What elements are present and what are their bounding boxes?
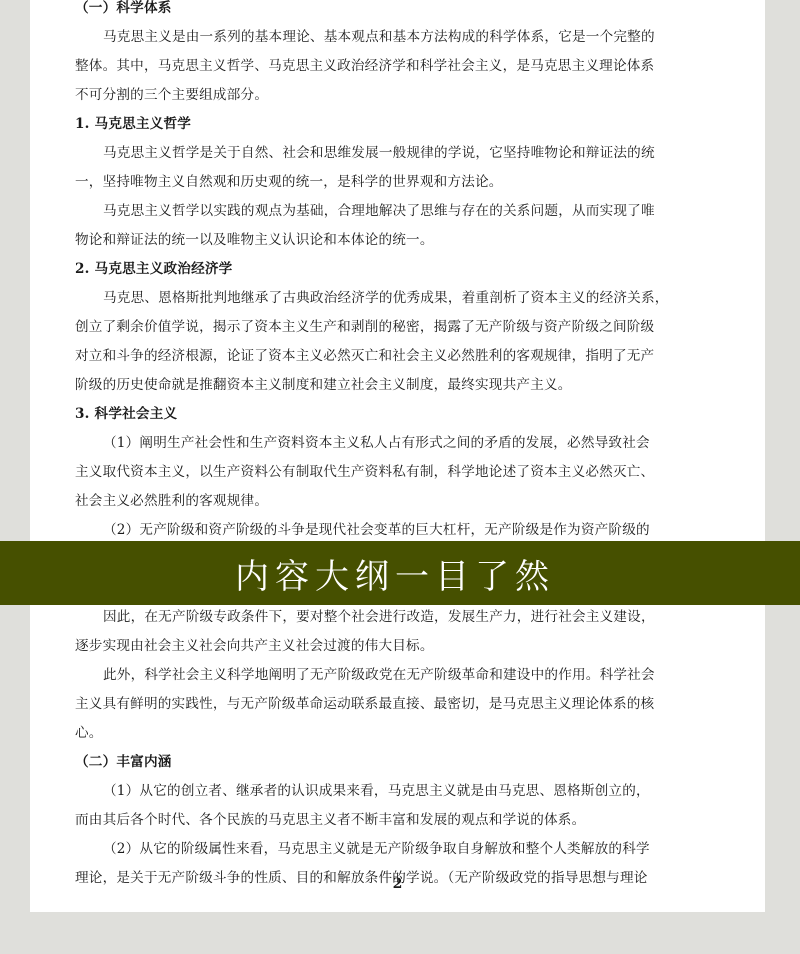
paragraph-line: 不可分割的三个主要组成部分。 [75,81,735,110]
subsection-heading: 1. 马克思主义哲学 [75,110,735,139]
paragraph-line: 马克思主义哲学以实践的观点为基础，合理地解决了思维与存在的关系问题，从而实现了唯 [75,197,735,226]
subsection-heading: 2. 马克思主义政治经济学 [75,255,735,284]
paragraph-line: 逐步实现由社会主义社会向共产主义社会过渡的伟大目标。 [75,632,735,661]
paragraph-line: （1）阐明生产社会性和生产资料资本主义私人占有形式之间的矛盾的发展，必然导致社会 [75,429,735,458]
paragraph-line: 心。 [75,719,735,748]
paragraph-line: 整体。其中，马克思主义哲学、马克思主义政治经济学和科学社会主义，是马克思主义理论… [75,52,735,81]
paragraph-line: 马克思主义哲学是关于自然、社会和思维发展一般规律的学说，它坚持唯物论和辩证法的统 [75,139,735,168]
paragraph-line: 马克思主义是由一系列的基本理论、基本观点和基本方法构成的科学体系，它是一个完整的 [75,23,735,52]
page-number: 2 [30,876,765,892]
paragraph-line: 社会主义必然胜利的客观规律。 [75,487,735,516]
paragraph-line: 创立了剩余价值学说，揭示了资本主义生产和剥削的秘密，揭露了无产阶级与资产阶级之间… [75,313,735,342]
banner-title: 内容大纲一目了然 [229,549,555,598]
document-page: （一）科学体系 马克思主义是由一系列的基本理论、基本观点和基本方法构成的科学体系… [30,0,765,912]
paragraph-line: 一，坚持唯物主义自然观和历史观的统一，是科学的世界观和方法论。 [75,168,735,197]
paragraph-line: 对立和斗争的经济根源，论证了资本主义必然灭亡和社会主义必然胜利的客观规律，指明了… [75,342,735,371]
paragraph-line: 而由其后各个时代、各个民族的马克思主义者不断丰富和发展的观点和学说的体系。 [75,806,735,835]
paragraph-line: 主义具有鲜明的实践性，与无产阶级革命运动联系最直接、最密切，是马克思主义理论体系… [75,690,735,719]
paragraph-line: 物论和辩证法的统一以及唯物主义认识论和本体论的统一。 [75,226,735,255]
paragraph-line: （2）从它的阶级属性来看，马克思主义就是无产阶级争取自身解放和整个人类解放的科学 [75,835,735,864]
paragraph-line: 因此，在无产阶级专政条件下，要对整个社会进行改造，发展生产力，进行社会主义建设， [75,603,735,632]
paragraph-line: （1）从它的创立者、继承者的认识成果来看，马克思主义就是由马克思、恩格斯创立的， [75,777,735,806]
subsection-heading: 3. 科学社会主义 [75,400,735,429]
paragraph-line: 阶级的历史使命就是推翻资本主义制度和建立社会主义制度，最终实现共产主义。 [75,371,735,400]
paragraph-line: 此外，科学社会主义科学地阐明了无产阶级政党在无产阶级革命和建设中的作用。科学社会 [75,661,735,690]
promo-banner: 内容大纲一目了然 [0,541,800,605]
document-body: （一）科学体系 马克思主义是由一系列的基本理论、基本观点和基本方法构成的科学体系… [75,0,735,893]
section-heading: （二）丰富内涵 [75,748,735,777]
paragraph-line: 主义取代资本主义，以生产资料公有制取代生产资料私有制，科学地论述了资本主义必然灭… [75,458,735,487]
section-heading: （一）科学体系 [75,0,735,23]
paragraph-line: 马克思、恩格斯批判地继承了古典政治经济学的优秀成果，着重剖析了资本主义的经济关系… [75,284,735,313]
